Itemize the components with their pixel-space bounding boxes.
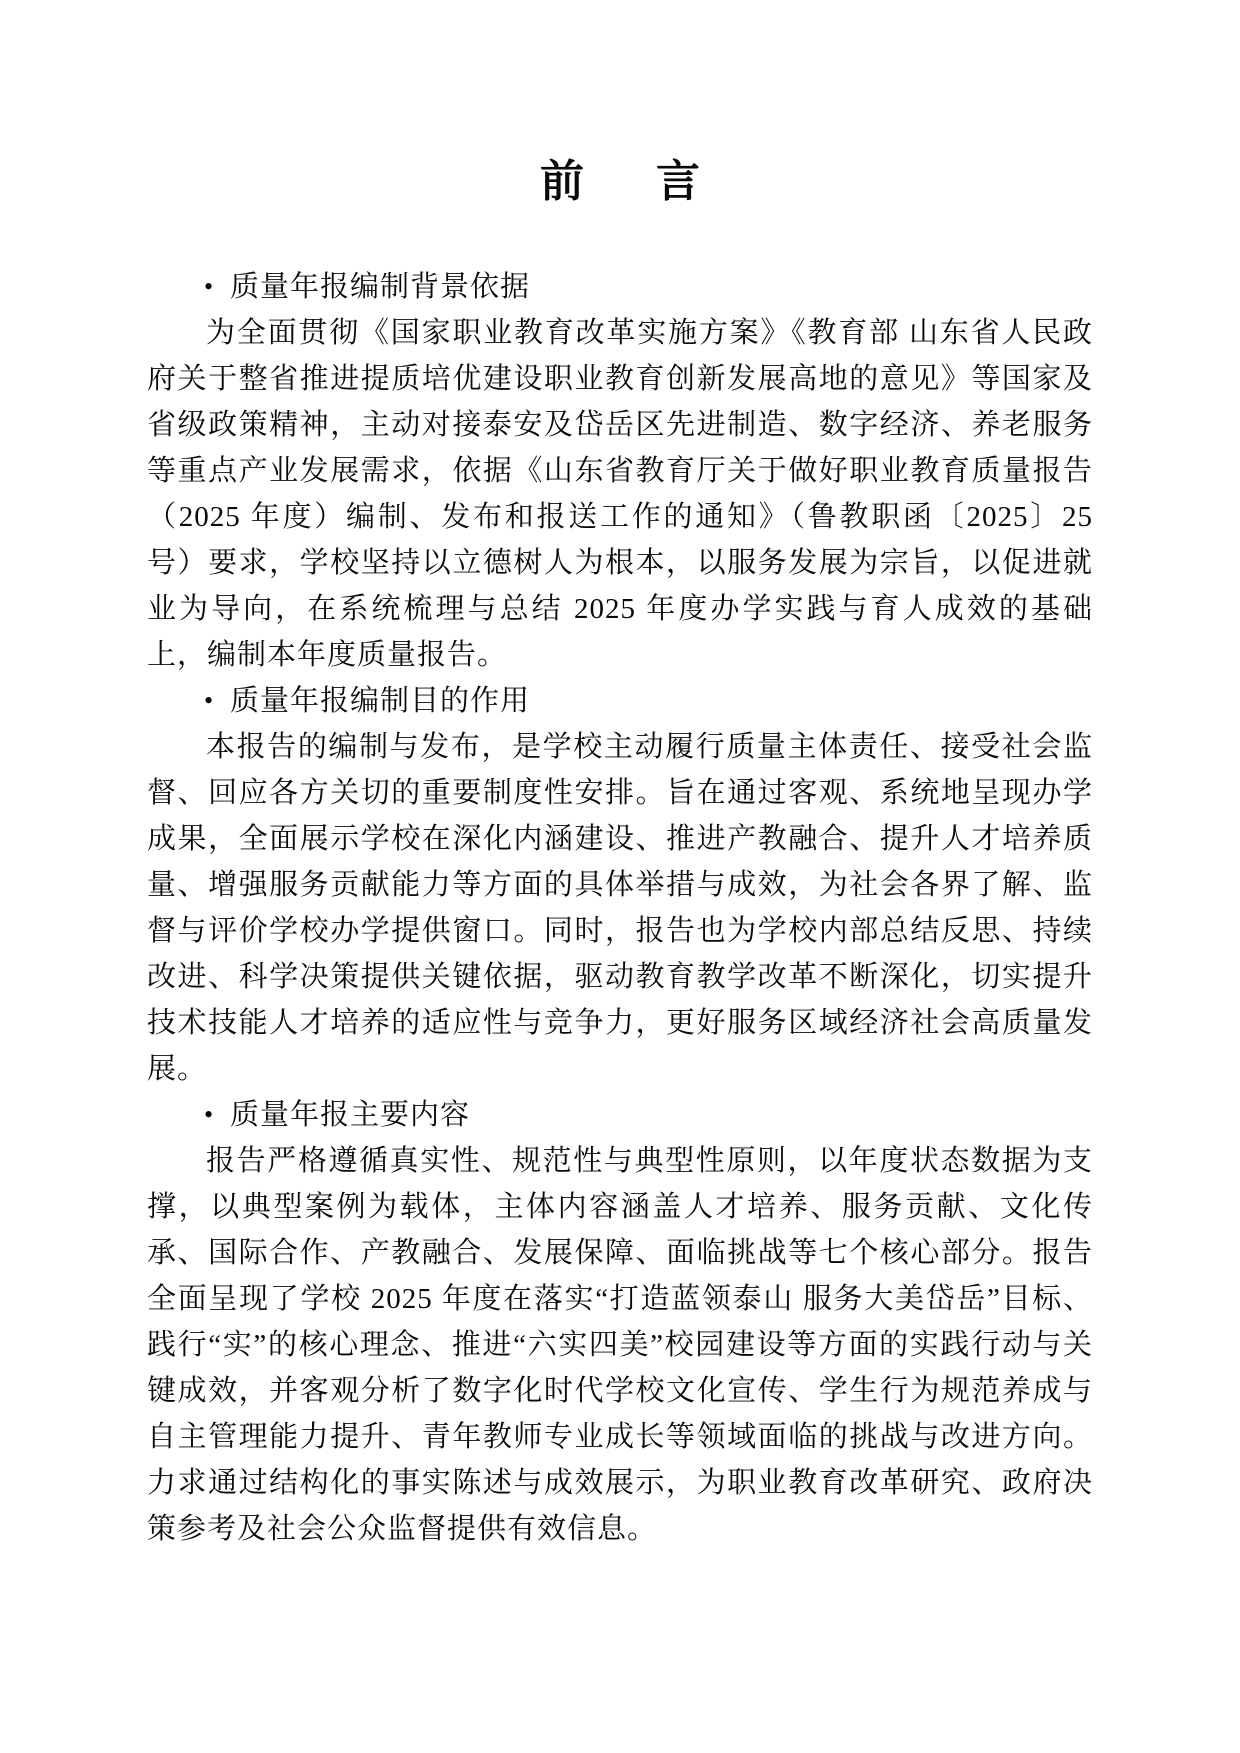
document-page: 前 言 •质量年报编制背景依据 为全面贯彻《国家职业教育改革实施方案》《教育部 … bbox=[0, 0, 1240, 1753]
document-body: •质量年报编制背景依据 为全面贯彻《国家职业教育改革实施方案》《教育部 山东省人… bbox=[147, 264, 1093, 1552]
section-heading: •质量年报编制目的作用 bbox=[147, 678, 1093, 724]
bullet-icon: • bbox=[204, 264, 230, 310]
section-paragraph: 报告严格遵循真实性、规范性与典型性原则，以年度状态数据为支撑，以典型案例为载体，… bbox=[147, 1138, 1093, 1552]
section-heading: •质量年报主要内容 bbox=[147, 1092, 1093, 1138]
bullet-icon: • bbox=[204, 678, 230, 724]
section-heading-text: 质量年报主要内容 bbox=[230, 1099, 470, 1131]
section-heading-text: 质量年报编制目的作用 bbox=[230, 685, 530, 717]
bullet-icon: • bbox=[204, 1092, 230, 1138]
section-paragraph: 本报告的编制与发布，是学校主动履行质量主体责任、接受社会监督、回应各方关切的重要… bbox=[147, 724, 1093, 1092]
section-heading-text: 质量年报编制背景依据 bbox=[230, 271, 530, 303]
page-title: 前 言 bbox=[147, 150, 1093, 214]
section-paragraph: 为全面贯彻《国家职业教育改革实施方案》《教育部 山东省人民政府关于整省推进提质培… bbox=[147, 310, 1093, 678]
section-heading: •质量年报编制背景依据 bbox=[147, 264, 1093, 310]
